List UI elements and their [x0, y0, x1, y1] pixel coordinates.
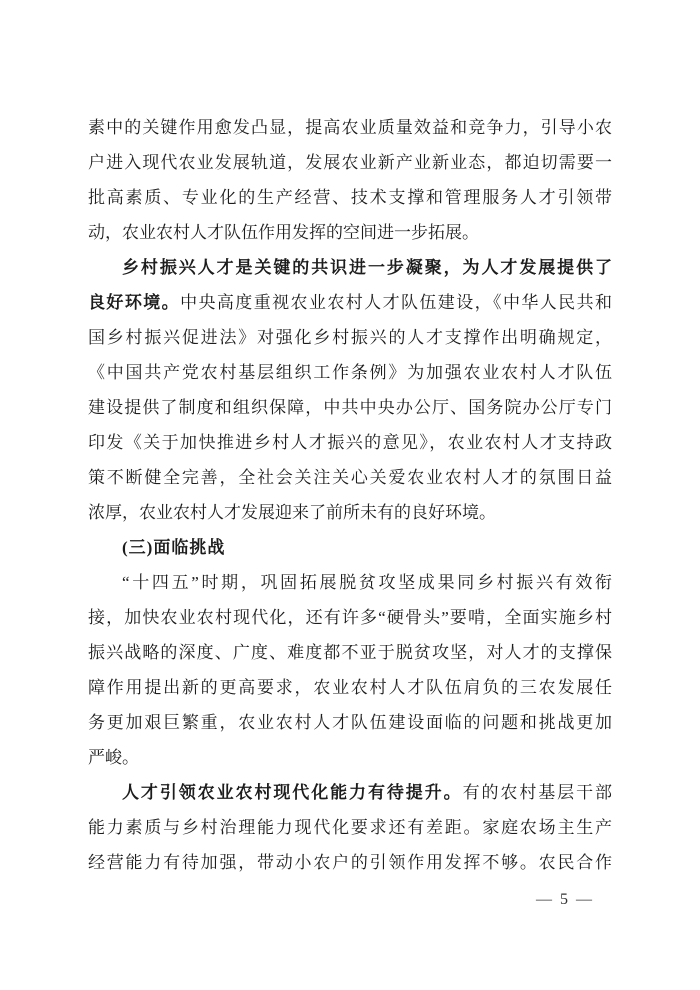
document-page: 素中的关键作用愈发凸显，提高农业质量效益和竞争力，引导小农 户进入现代农业发展轨… [0, 0, 700, 990]
text-line: 务更加艰巨繁重，农业农村人才队伍建设面临的问题和挑战更加 [88, 705, 612, 740]
text-line: 良好环境。中央高度重视农业农村人才队伍建设，《中华人民共和 [88, 285, 612, 320]
text-line: 动，农业农村人才队伍作用发挥的空间进一步拓展。 [88, 215, 612, 250]
text-line: 严峻。 [88, 740, 612, 775]
text-line: 浓厚，农业农村人才发展迎来了前所未有的良好环境。 [88, 495, 612, 530]
text-line: 振兴战略的深度、广度、难度都不亚于脱贫攻坚，对人才的支撑保 [88, 635, 612, 670]
page-number: — 5 — [505, 888, 625, 912]
page-body: 素中的关键作用愈发凸显，提高农业质量效益和竞争力，引导小农 户进入现代农业发展轨… [88, 110, 612, 880]
text-line: 印发《关于加快推进乡村人才振兴的意见》，农业农村人才支持政 [88, 425, 612, 460]
text-line: 素中的关键作用愈发凸显，提高农业质量效益和竞争力，引导小农 [88, 110, 612, 145]
text-line: 建设提供了制度和组织保障，中共中央办公厅、国务院办公厅专门 [88, 390, 612, 425]
bold-lead-text: 良好环境。 [88, 293, 180, 312]
bold-lead-text: 人才引领农业农村现代化能力有待提升。 [122, 783, 463, 802]
text-line: 《中国共产党农村基层组织工作条例》为加强农业农村人才队伍 [88, 355, 612, 390]
text-line: “十四五”时期，巩固拓展脱贫攻坚成果同乡村振兴有效衔 [88, 565, 612, 600]
body-text: 有的农村基层干部 [463, 783, 612, 802]
text-line: 乡村振兴人才是关键的共识进一步凝聚，为人才发展提供了 [88, 250, 612, 285]
bold-lead-text: 乡村振兴人才是关键的共识进一步凝聚，为人才发展提供了 [122, 258, 612, 277]
text-line: 经营能力有待加强，带动小农户的引领作用发挥不够。农民合作 [88, 845, 612, 880]
text-line: 障作用提出新的更高要求，农业农村人才队伍肩负的三农发展任 [88, 670, 612, 705]
text-line: 能力素质与乡村治理能力现代化要求还有差距。家庭农场主生产 [88, 810, 612, 845]
text-line: 接，加快农业农村现代化，还有许多“硬骨头”要啃，全面实施乡村 [88, 600, 612, 635]
body-text: 中央高度重视农业农村人才队伍建设，《中华人民共和 [180, 293, 612, 312]
text-line: 国乡村振兴促进法》对强化乡村振兴的人才支撑作出明确规定， [88, 320, 612, 355]
text-line: 人才引领农业农村现代化能力有待提升。有的农村基层干部 [88, 775, 612, 810]
text-line: 策不断健全完善，全社会关注关心关爱农业农村人才的氛围日益 [88, 460, 612, 495]
section-heading: (三)面临挑战 [88, 530, 612, 565]
text-line: 批高素质、专业化的生产经营、技术支撑和管理服务人才引领带 [88, 180, 612, 215]
text-line: 户进入现代农业发展轨道，发展农业新产业新业态，都迫切需要一 [88, 145, 612, 180]
